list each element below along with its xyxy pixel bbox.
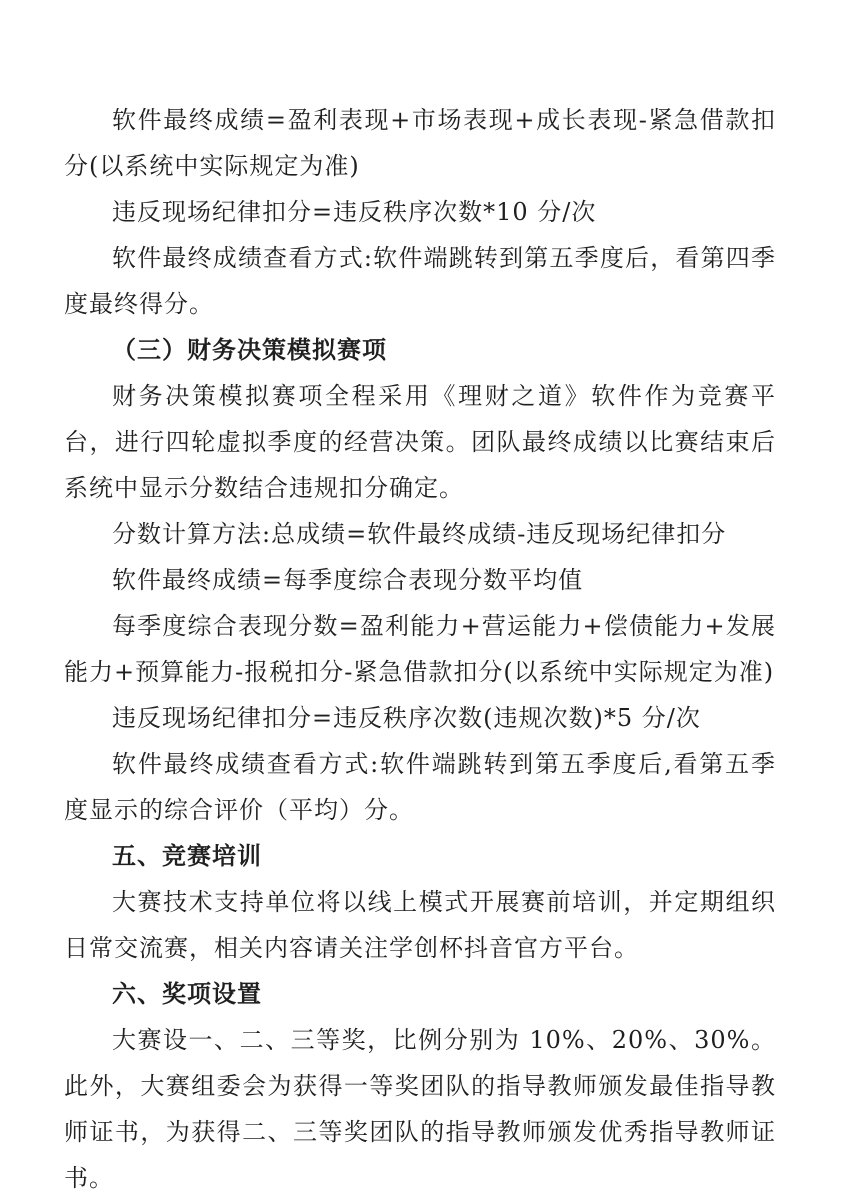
paragraph-score-view-method-2: 软件最终成绩查看方式:软件端跳转到第五季度后,看第五季度显示的综合评价（平均）分… [64, 741, 776, 833]
heading-section-3-financial-decision-event: （三）财务决策模拟赛项 [64, 327, 776, 373]
paragraph-software-final-score-formula: 软件最终成绩=盈利表现+市场表现+成长表现-紧急借款扣分(以系统中实际规定为准) [64, 97, 776, 189]
heading-section-5-competition-training: 五、竞赛培训 [64, 833, 776, 879]
paragraph-score-view-method: 软件最终成绩查看方式:软件端跳转到第五季度后，看第四季度最终得分。 [64, 235, 776, 327]
paragraph-awards-details: 大赛设一、二、三等奖，比例分别为 10%、20%、30%。此外，大赛组委会为获得… [64, 1017, 776, 1200]
paragraph-discipline-deduction-formula-2: 违反现场纪律扣分=违反秩序次数(违规次数)*5 分/次 [64, 695, 776, 741]
document-content: 软件最终成绩=盈利表现+市场表现+成长表现-紧急借款扣分(以系统中实际规定为准)… [0, 0, 848, 1200]
paragraph-score-calculation-method: 分数计算方法:总成绩=软件最终成绩-违反现场纪律扣分 [64, 511, 776, 557]
paragraph-financial-event-overview: 财务决策模拟赛项全程采用《理财之道》软件作为竞赛平台，进行四轮虚拟季度的经营决策… [64, 373, 776, 511]
heading-section-6-awards-setup: 六、奖项设置 [64, 971, 776, 1017]
document-page: 软件最终成绩=盈利表现+市场表现+成长表现-紧急借款扣分(以系统中实际规定为准)… [0, 0, 848, 1200]
paragraph-software-final-score-average: 软件最终成绩=每季度综合表现分数平均值 [64, 557, 776, 603]
paragraph-discipline-deduction-formula: 违反现场纪律扣分=违反秩序次数*10 分/次 [64, 189, 776, 235]
paragraph-quarterly-score-formula: 每季度综合表现分数=盈利能力+营运能力+偿债能力+发展能力+预算能力-报税扣分-… [64, 603, 776, 695]
paragraph-training-details: 大赛技术支持单位将以线上模式开展赛前培训，并定期组织日常交流赛，相关内容请关注学… [64, 879, 776, 971]
